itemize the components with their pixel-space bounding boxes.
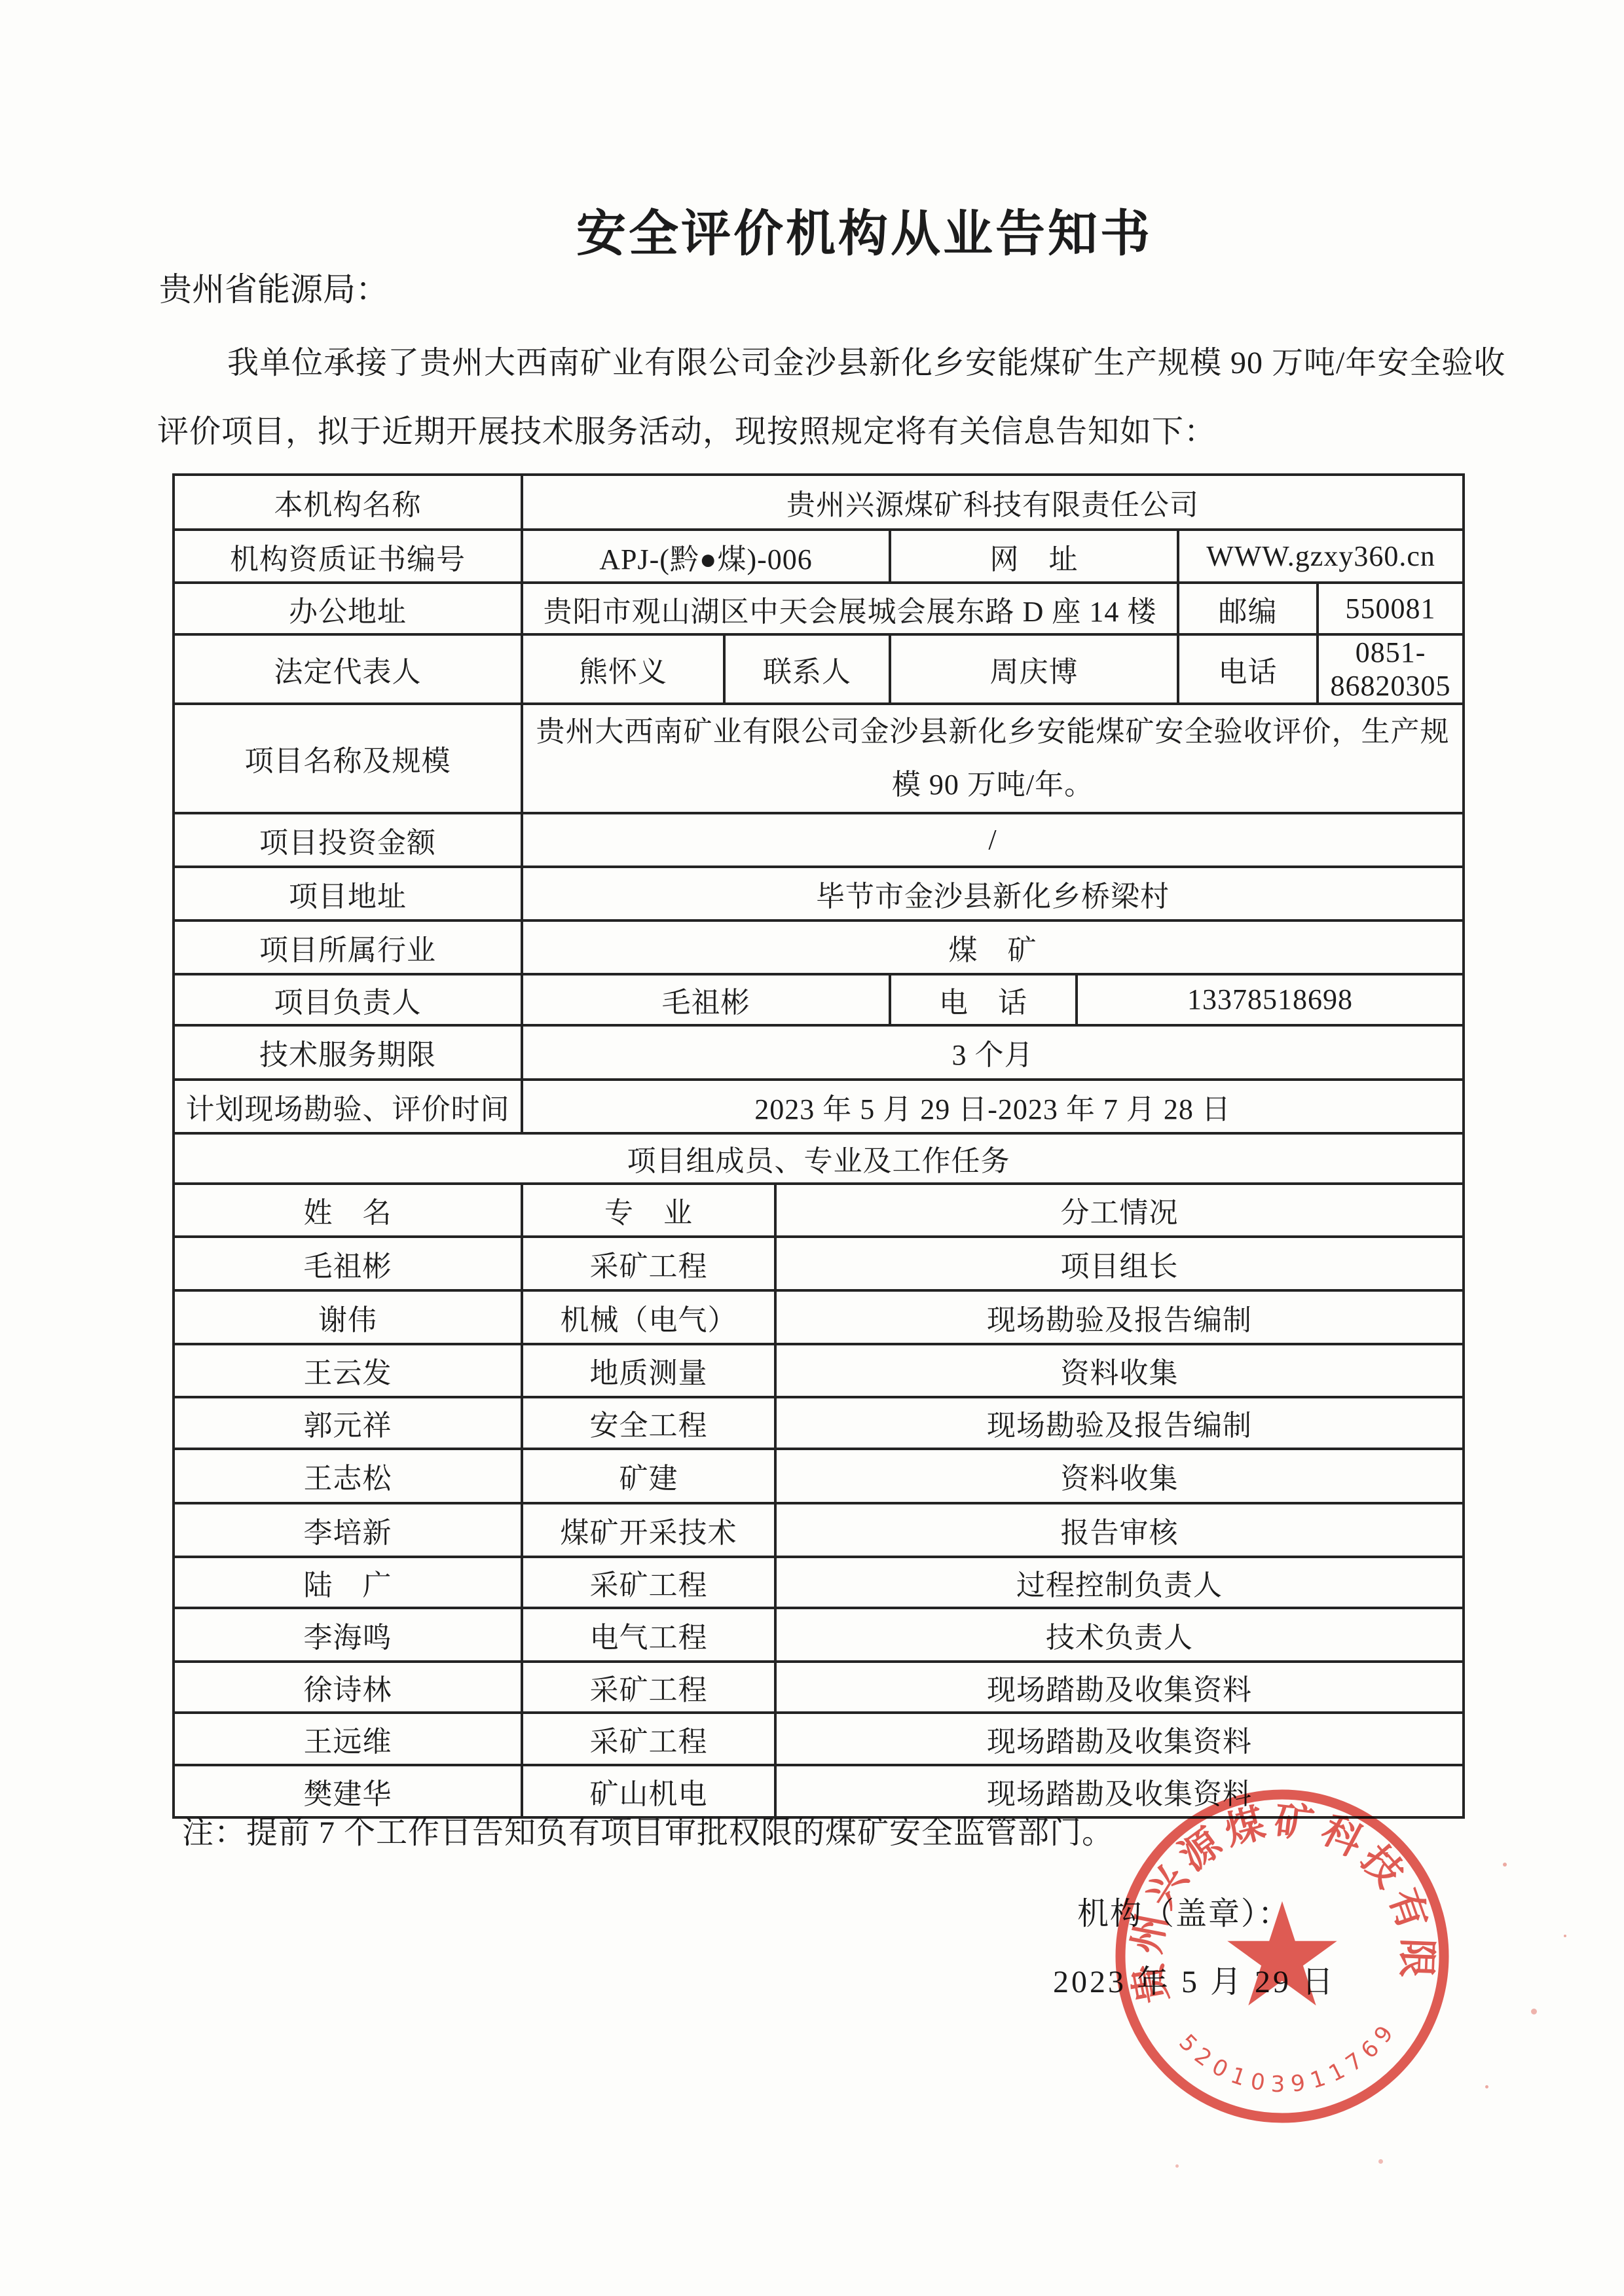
- salutation: 贵州省能源局：: [159, 263, 388, 310]
- zip-label: 邮编: [1178, 583, 1318, 634]
- web-label: 网 址: [890, 530, 1178, 583]
- leader-tel-label: 电 话: [890, 974, 1077, 1025]
- row-industry: 项目所属行业 煤 矿: [174, 920, 1464, 974]
- team-member-row: 王云发 地质测量 资料收集: [174, 1344, 1464, 1397]
- member-name: 陆 广: [174, 1557, 522, 1608]
- member-major: 采矿工程: [522, 1713, 775, 1765]
- row-project-addr: 项目地址 毕节市金沙县新化乡桥梁村: [174, 867, 1464, 920]
- member-major: 采矿工程: [522, 1237, 775, 1290]
- zip-value: 550081: [1318, 583, 1464, 634]
- legal-rep-value: 熊怀义: [522, 634, 724, 704]
- office-addr-label: 办公地址: [174, 583, 522, 634]
- member-name: 谢伟: [174, 1290, 522, 1344]
- member-major: 采矿工程: [522, 1557, 775, 1608]
- page-title: 安全评价机构从业告知书: [52, 194, 1624, 265]
- row-org-name: 本机构名称 贵州兴源煤矿科技有限责任公司: [174, 475, 1464, 530]
- team-member-row: 谢伟 机械（电气） 现场勘验及报告编制: [174, 1290, 1464, 1344]
- row-cert: 机构资质证书编号 APJ-(黔●煤)-006 网 址 WWW.gzxy360.c…: [174, 530, 1464, 583]
- seal-ink-speckle: [1564, 1935, 1566, 1937]
- row-office-addr: 办公地址 贵阳市观山湖区中天会展城会展东路 D 座 14 楼 邮编 550081: [174, 583, 1464, 634]
- seal-ink-speckle: [1503, 1863, 1507, 1867]
- row-leader: 项目负责人 毛祖彬 电 话 13378518698: [174, 974, 1464, 1025]
- member-duty: 技术负责人: [775, 1608, 1464, 1662]
- team-member-row: 郭元祥 安全工程 现场勘验及报告编制: [174, 1397, 1464, 1449]
- duration-label: 技术服务期限: [174, 1025, 522, 1080]
- member-duty: 资料收集: [775, 1449, 1464, 1503]
- team-section-title: 项目组成员、专业及工作任务: [174, 1133, 1464, 1184]
- seal-star-icon: [1227, 1901, 1337, 2005]
- row-schedule: 计划现场勘验、评价时间 2023 年 5 月 29 日-2023 年 7 月 2…: [174, 1080, 1464, 1133]
- member-major: 电气工程: [522, 1608, 775, 1662]
- member-duty: 现场勘验及报告编制: [775, 1290, 1464, 1344]
- intro-paragraph-line-2: 评价项目，拟于近期开展技术服务活动，现按照规定将有关信息告知如下：: [157, 406, 1216, 451]
- member-name: 李培新: [174, 1503, 522, 1557]
- row-invest: 项目投资金额 /: [174, 813, 1464, 867]
- project-addr-value: 毕节市金沙县新化乡桥梁村: [522, 867, 1464, 920]
- industry-label: 项目所属行业: [174, 920, 522, 974]
- member-duty: 报告审核: [775, 1503, 1464, 1557]
- leader-label: 项目负责人: [174, 974, 522, 1025]
- row-team-section: 项目组成员、专业及工作任务: [174, 1133, 1464, 1184]
- seal-ink-speckle: [1485, 2085, 1488, 2088]
- member-duty: 过程控制负责人: [775, 1557, 1464, 1608]
- team-member-row: 王志松 矿建 资料收集: [174, 1449, 1464, 1503]
- row-legal-rep: 法定代表人 熊怀义 联系人 周庆博 电话 0851-86820305: [174, 634, 1464, 704]
- cert-value: APJ-(黔●煤)-006: [522, 530, 890, 583]
- member-name: 王云发: [174, 1344, 522, 1397]
- member-name: 毛祖彬: [174, 1237, 522, 1290]
- leader-tel-value: 13378518698: [1077, 974, 1464, 1025]
- member-major: 采矿工程: [522, 1662, 775, 1713]
- row-duration: 技术服务期限 3 个月: [174, 1025, 1464, 1080]
- schedule-value: 2023 年 5 月 29 日-2023 年 7 月 28 日: [522, 1080, 1464, 1133]
- member-duty: 现场踏勘及收集资料: [775, 1713, 1464, 1765]
- scanned-document-page: 安全评价机构从业告知书 贵州省能源局： 我单位承接了贵州大西南矿业有限公司金沙县…: [0, 0, 1624, 2296]
- seal-ink-speckle: [1531, 2009, 1537, 2014]
- info-table: 本机构名称 贵州兴源煤矿科技有限责任公司 机构资质证书编号 APJ-(黔●煤)-…: [172, 473, 1465, 1819]
- team-header-duty: 分工情况: [775, 1184, 1464, 1237]
- member-name: 王远维: [174, 1713, 522, 1765]
- tel-value: 0851-86820305: [1318, 634, 1464, 704]
- intro-paragraph-line-1: 我单位承接了贵州大西南矿业有限公司金沙县新化乡安能煤矿生产规模 90 万吨/年安…: [227, 337, 1505, 382]
- team-member-row: 陆 广 采矿工程 过程控制负责人: [174, 1557, 1464, 1608]
- invest-label: 项目投资金额: [174, 813, 522, 867]
- member-major: 安全工程: [522, 1397, 775, 1449]
- member-duty: 现场踏勘及收集资料: [775, 1662, 1464, 1713]
- team-member-row: 毛祖彬 采矿工程 项目组长: [174, 1237, 1464, 1290]
- cert-label: 机构资质证书编号: [174, 530, 522, 583]
- member-major: 矿建: [522, 1449, 775, 1503]
- tel-label: 电话: [1178, 634, 1318, 704]
- schedule-label: 计划现场勘验、评价时间: [174, 1080, 522, 1133]
- member-name: 李海鸣: [174, 1608, 522, 1662]
- seal-ink-speckle: [1378, 2159, 1383, 2164]
- member-name: 王志松: [174, 1449, 522, 1503]
- row-project-name: 项目名称及规模 贵州大西南矿业有限公司金沙县新化乡安能煤矿安全验收评价，生产规模…: [174, 704, 1464, 813]
- contact-label: 联系人: [724, 634, 890, 704]
- legal-rep-label: 法定代表人: [174, 634, 522, 704]
- contact-value: 周庆博: [890, 634, 1178, 704]
- project-addr-label: 项目地址: [174, 867, 522, 920]
- org-name-value: 贵州兴源煤矿科技有限责任公司: [522, 475, 1464, 530]
- duration-value: 3 个月: [522, 1025, 1464, 1080]
- member-major: 地质测量: [522, 1344, 775, 1397]
- project-name-value: 贵州大西南矿业有限公司金沙县新化乡安能煤矿安全验收评价，生产规模 90 万吨/年…: [522, 704, 1464, 813]
- member-name: 徐诗林: [174, 1662, 522, 1713]
- member-name: 郭元祥: [174, 1397, 522, 1449]
- leader-value: 毛祖彬: [522, 974, 890, 1025]
- member-duty: 资料收集: [775, 1344, 1464, 1397]
- team-header-name: 姓 名: [174, 1184, 522, 1237]
- member-major: 机械（电气）: [522, 1290, 775, 1344]
- member-duty: 项目组长: [775, 1237, 1464, 1290]
- member-duty: 现场勘验及报告编制: [775, 1397, 1464, 1449]
- industry-value: 煤 矿: [522, 920, 1464, 974]
- member-major: 煤矿开采技术: [522, 1503, 775, 1557]
- web-value: WWW.gzxy360.cn: [1178, 530, 1464, 583]
- invest-value: /: [522, 813, 1464, 867]
- team-member-row: 徐诗林 采矿工程 现场踏勘及收集资料: [174, 1662, 1464, 1713]
- team-member-row: 李培新 煤矿开采技术 报告审核: [174, 1503, 1464, 1557]
- project-name-label: 项目名称及规模: [174, 704, 522, 813]
- org-name-label: 本机构名称: [174, 475, 522, 530]
- team-member-row: 李海鸣 电气工程 技术负责人: [174, 1608, 1464, 1662]
- footnote: 注：提前 7 个工作日告知负有项目审批权限的煤矿安全监管部门。: [182, 1807, 1114, 1852]
- row-team-header: 姓 名 专 业 分工情况: [174, 1184, 1464, 1237]
- team-member-row: 王远维 采矿工程 现场踏勘及收集资料: [174, 1713, 1464, 1765]
- seal-ink-speckle: [1175, 2164, 1179, 2168]
- official-seal: 贵州兴源煤矿科技有限责任公司 5201039117698: [1104, 1778, 1460, 2134]
- team-header-major: 专 业: [522, 1184, 775, 1237]
- office-addr-value: 贵阳市观山湖区中天会展城会展东路 D 座 14 楼: [522, 583, 1178, 634]
